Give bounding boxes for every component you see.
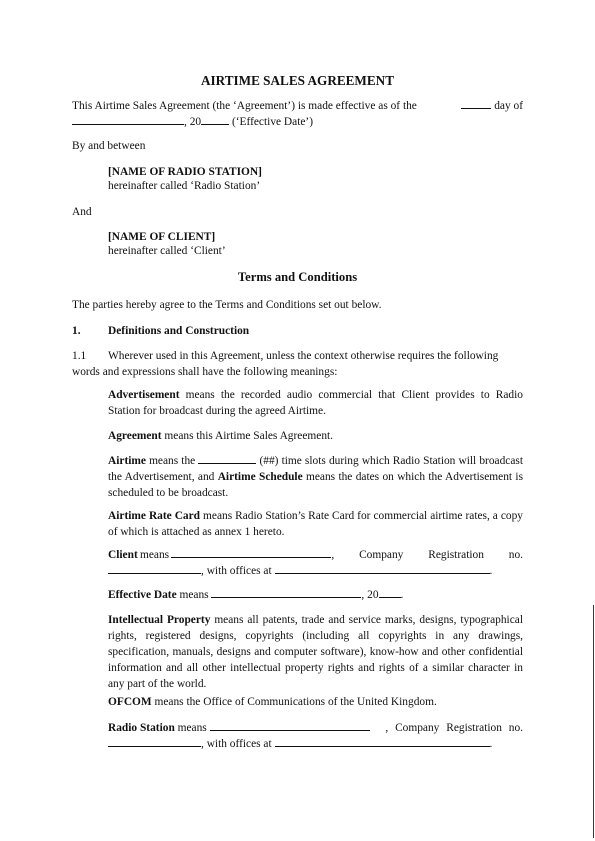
year-blank[interactable] [201, 114, 229, 125]
party-called: hereinafter called ‘Radio Station’ [108, 178, 523, 194]
by-and-between: By and between [72, 138, 523, 154]
month-blank[interactable] [72, 114, 184, 125]
definition-ofcom: OFCOM means the Office of Communications… [108, 694, 523, 710]
terms-heading: Terms and Conditions [0, 270, 595, 285]
party-client: [NAME OF CLIENT] hereinafter called ‘Cli… [108, 229, 523, 259]
party-called: hereinafter called ‘Client’ [108, 243, 523, 259]
client-registration-blank[interactable] [108, 563, 201, 574]
client-name-blank[interactable] [171, 547, 331, 558]
definition-advertisement: Advertisement means the recorded audio c… [108, 387, 523, 419]
radio-station-name-blank[interactable] [210, 720, 370, 731]
definition-agreement: Agreement means this Airtime Sales Agree… [108, 428, 523, 444]
definition-intellectual-property: Intellectual Property means all patents,… [108, 612, 523, 692]
document-title: AIRTIME SALES AGREEMENT [0, 73, 595, 89]
definition-radio-station: Radio Station means , Company Registrati… [108, 720, 523, 752]
clause-1-1: 1.1Wherever used in this Agreement, unle… [72, 348, 523, 380]
radio-station-address-blank[interactable] [275, 736, 490, 747]
radio-station-registration-blank[interactable] [108, 736, 201, 747]
page-edge-line [593, 605, 594, 838]
party-radio-station: [NAME OF RADIO STATION] hereinafter call… [108, 164, 523, 194]
airtime-slots-blank[interactable] [198, 453, 256, 464]
section-1-heading: 1.Definitions and Construction [72, 323, 523, 339]
and-label: And [72, 204, 523, 220]
document-page: AIRTIME SALES AGREEMENT This Airtime Sal… [0, 0, 595, 841]
definition-airtime: Airtime means the (##) time slots during… [108, 453, 523, 501]
effective-year-blank[interactable] [379, 587, 401, 598]
definition-effective-date: Effective Date means , 20. [108, 587, 523, 603]
definition-airtime-rate-card: Airtime Rate Card means Radio Station’s … [108, 508, 523, 540]
definition-client: Client means , Company Registration no. … [108, 547, 523, 579]
intro-paragraph: This Airtime Sales Agreement (the ‘Agree… [72, 98, 523, 130]
day-blank[interactable] [461, 98, 491, 109]
client-address-blank[interactable] [275, 563, 490, 574]
terms-intro: The parties hereby agree to the Terms an… [72, 297, 523, 313]
effective-date-blank[interactable] [211, 587, 361, 598]
